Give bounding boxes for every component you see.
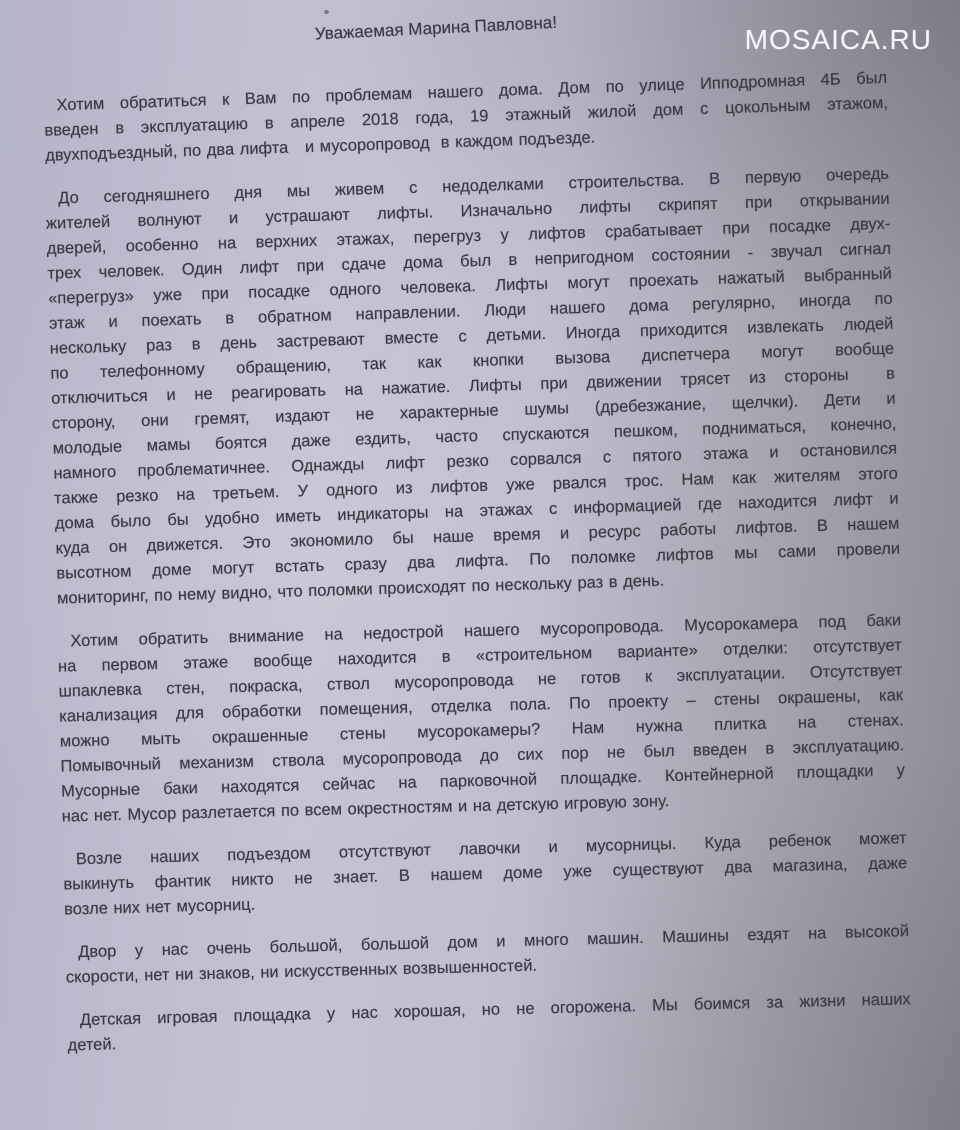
letter-paragraph: Хотим обратить внимание на недострой наш… bbox=[57, 608, 906, 829]
letter-photo: MOSAICA.RU Уважаемая Марина Павловна! Хо… bbox=[0, 0, 960, 1130]
letter-paragraph: Двор у нас очень большой, большой дом и … bbox=[65, 919, 910, 990]
watermark: MOSAICA.RU bbox=[745, 24, 932, 56]
letter-paragraph: Детская игровая площадка у нас хорошая, … bbox=[67, 987, 912, 1058]
letter-body: Хотим обратиться к Вам по проблемам наше… bbox=[43, 72, 911, 1058]
letter-paragraph: До сегодняшнего дня мы живем с недоделка… bbox=[45, 162, 901, 612]
letter-paragraph: Хотим обратиться к Вам по проблемам наше… bbox=[43, 66, 889, 169]
letter-paragraph: Возле наших подъездом отсутствуют лавочк… bbox=[63, 826, 909, 922]
letter-sheet: Уважаемая Марина Павловна! Хотим обратит… bbox=[0, 0, 960, 1078]
